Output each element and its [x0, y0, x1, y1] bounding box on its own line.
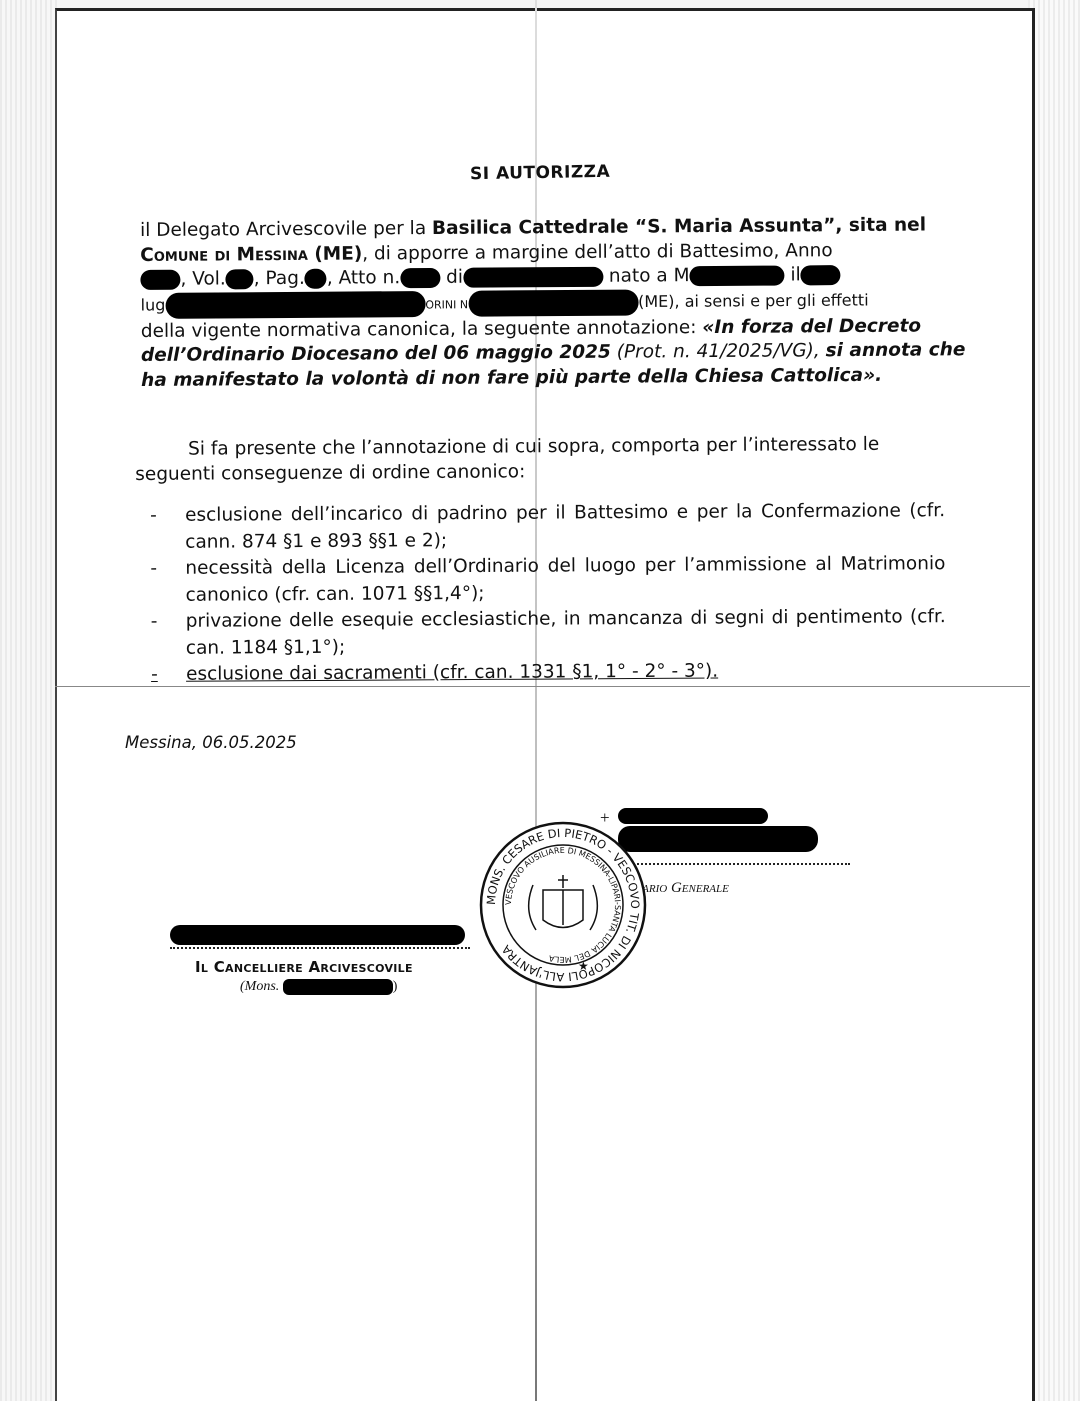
- comune-name: Comune di Messina (ME): [140, 243, 362, 266]
- background-right: [1028, 0, 1080, 1401]
- list-item: - esclusione dell’incarico di padrino pe…: [150, 498, 945, 556]
- date-place: Messina, 06.05.2025: [125, 733, 297, 752]
- document-title: SI AUTORIZZA: [470, 162, 611, 184]
- text: ORINI N: [425, 298, 468, 311]
- redaction: [305, 269, 327, 289]
- text: della vigente normativa canonica, la seg…: [141, 317, 703, 342]
- decree-quote: dell’Ordinario Diocesano del 06 maggio 2…: [141, 342, 611, 366]
- decree-quote: «In forza del Decreto: [702, 315, 921, 338]
- text: (Mons.: [240, 979, 283, 994]
- decree-quote: ha manifestato la volontà di non fare pi…: [141, 364, 882, 390]
- redaction: [468, 289, 638, 316]
- text: nato a M: [603, 265, 690, 287]
- text: , di apporre a margine dell’atto di Batt…: [362, 240, 833, 264]
- vertical-fold-line: [535, 0, 537, 1401]
- redaction: [165, 291, 425, 319]
- list-item-text: esclusione dai sacramenti (cfr. can. 133…: [186, 657, 946, 688]
- chancellor-name: (Mons. ): [240, 979, 397, 995]
- text: , Atto n.: [327, 267, 401, 289]
- list-item: - necessità della Licenza dell’Ordinario…: [150, 551, 945, 609]
- decree-quote: si annota che: [826, 339, 966, 361]
- signature-line: [170, 947, 470, 949]
- protocol-number: (Prot. n. 41/2025/VG),: [611, 340, 826, 362]
- redaction: [226, 269, 254, 289]
- bullet: -: [150, 503, 185, 556]
- list-item-text: privazione delle esequie ecclesiastiche,…: [186, 604, 946, 662]
- list-item-text: necessità della Licenza dell’Ordinario d…: [185, 551, 945, 609]
- redaction: [170, 925, 465, 945]
- list-item: - esclusione dai sacramenti (cfr. can. 1…: [151, 657, 946, 688]
- text: il: [784, 264, 800, 285]
- text: di: [440, 267, 463, 288]
- bullet: -: [151, 662, 186, 689]
- redaction: [140, 270, 180, 290]
- bullet: -: [150, 556, 185, 609]
- redaction: [463, 267, 603, 288]
- svg-text:★: ★: [578, 959, 589, 973]
- bullet: -: [151, 609, 186, 662]
- text: (ME), ai sensi e per gli effetti: [638, 290, 869, 311]
- redaction: [400, 268, 440, 288]
- redaction: [283, 979, 393, 995]
- consequences-list: - esclusione dell’incarico di padrino pe…: [150, 498, 946, 688]
- text: il Delegato Arcivescovile per la: [140, 218, 432, 241]
- background-left: [0, 0, 60, 1401]
- basilica-name: Basilica Cattedrale “S. Maria Assunta”, …: [432, 215, 926, 239]
- list-item: - privazione delle esequie ecclesiastich…: [151, 604, 946, 662]
- text: , Vol.: [180, 268, 225, 289]
- authorization-paragraph: il Delegato Arcivescovile per la Basilic…: [140, 213, 941, 393]
- chancellor-title: Il Cancelliere Arcivescovile: [195, 958, 413, 976]
- redaction: [801, 265, 841, 285]
- redaction: [689, 266, 784, 287]
- text: , Pag.: [254, 268, 305, 289]
- episcopal-seal: MONS. CESARE DI PIETRO - VESCOVO TIT. DI…: [478, 820, 648, 990]
- consequences-intro: Si fa presente che l’annotazione di cui …: [140, 432, 940, 487]
- text: lug: [141, 295, 166, 314]
- text: ): [393, 979, 398, 994]
- redaction: [618, 826, 818, 852]
- list-item-text: esclusione dell’incarico di padrino per …: [185, 498, 945, 556]
